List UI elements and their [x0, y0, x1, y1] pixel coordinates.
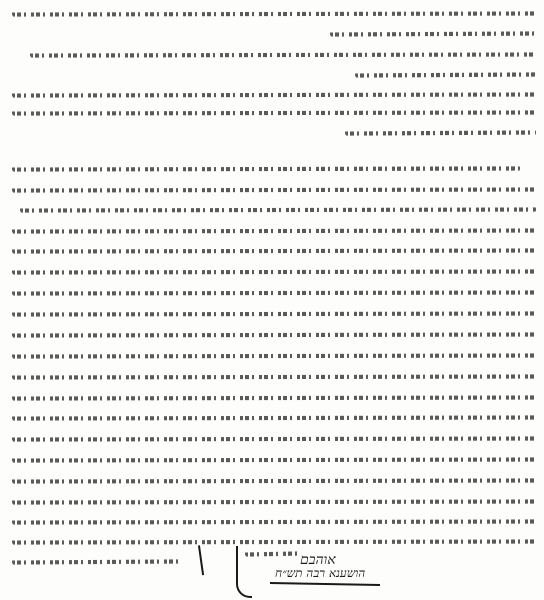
signature-flourish [236, 546, 252, 598]
letter-page: [illegible handwriting][illegible handwr… [0, 0, 544, 600]
handwritten-line: [illegible handwriting] [330, 28, 536, 39]
ink-stroke [12, 109, 536, 116]
ink-stroke [12, 498, 536, 505]
handwritten-line: [illegible handwriting] [12, 8, 536, 19]
line-text: [illegible handwriting] [535, 69, 536, 70]
line-text: [illegible handwriting] [535, 89, 536, 90]
ink-stroke [12, 310, 536, 317]
ink-stroke [12, 186, 536, 193]
ink-stroke [12, 538, 536, 545]
ink-stroke [12, 373, 536, 380]
handwritten-line: [illegible handwriting] [20, 204, 536, 215]
handwritten-line: [illegible handwriting] [12, 89, 536, 100]
ink-stroke [20, 206, 536, 213]
line-text: [illegible handwriting] [535, 204, 536, 205]
line-text: [illegible handwriting] [535, 8, 536, 9]
ink-stroke [12, 456, 536, 463]
handwritten-line: [illegible handwriting] [12, 163, 520, 174]
handwritten-line: [illegible handwriting] [12, 184, 536, 195]
ink-stroke [345, 129, 536, 136]
ink-stroke [12, 414, 536, 421]
line-text: [illegible handwriting] [535, 454, 536, 455]
ink-stroke [330, 30, 536, 37]
line-text: [illegible handwriting] [535, 392, 536, 393]
handwritten-line: [illegible handwriting] [12, 433, 536, 444]
handwritten-line: [illegible handwriting] [12, 329, 536, 340]
ink-stroke [12, 268, 536, 275]
handwritten-line: [illegible handwriting] [12, 516, 536, 527]
ink-stroke [12, 477, 536, 484]
ink-stroke [12, 10, 536, 17]
line-text: [illegible handwriting] [535, 329, 536, 330]
line-text: [illegible handwriting] [535, 496, 536, 497]
line-text: [illegible handwriting] [535, 536, 536, 537]
ink-stroke [12, 435, 536, 442]
handwritten-line: [illegible handwriting] [12, 454, 536, 465]
handwritten-line: [illegible handwriting] [355, 69, 536, 80]
handwritten-line: [illegible handwriting] [12, 266, 536, 277]
signature: [illegible signature] [245, 548, 299, 555]
handwritten-line: [illegible handwriting] [12, 308, 536, 319]
ink-stroke [30, 51, 536, 58]
line-text: [illegible handwriting] [179, 556, 180, 557]
handwritten-line: [illegible handwriting] [12, 371, 536, 382]
ink-stroke [12, 247, 536, 254]
handwritten-line: [illegible handwriting] [12, 556, 180, 567]
line-text: [illegible handwriting] [519, 163, 520, 164]
handwritten-line: [illegible handwriting] [12, 245, 536, 256]
signature-flourish [198, 545, 208, 576]
line-text: [illegible handwriting] [535, 107, 536, 108]
handwritten-line: [illegible handwriting] [12, 536, 536, 547]
ink-stroke [12, 518, 536, 525]
ink-stroke [12, 227, 536, 234]
line-text: [illegible handwriting] [535, 184, 536, 185]
handwritten-line: [illegible handwriting] [12, 475, 536, 486]
line-text: [illegible handwriting] [535, 245, 536, 246]
handwritten-line: [illegible handwriting] [30, 49, 536, 60]
line-text: [illegible handwriting] [535, 49, 536, 50]
line-text: [illegible handwriting] [535, 350, 536, 351]
handwritten-line: [illegible handwriting] [12, 392, 536, 403]
ink-stroke [12, 331, 536, 338]
signature-ink [245, 550, 299, 557]
handwritten-line: [illegible handwriting] [12, 350, 536, 361]
handwritten-line: [illegible handwriting] [12, 225, 536, 236]
handwritten-line: [illegible handwriting] [12, 107, 536, 118]
ink-stroke [12, 558, 180, 565]
date-line: הושענא רבה תש״ח [275, 566, 365, 581]
line-text: [illegible handwriting] [535, 475, 536, 476]
handwritten-line: [illegible handwriting] [12, 287, 536, 298]
ink-stroke [355, 71, 536, 78]
line-text: [illegible handwriting] [535, 266, 536, 267]
ink-stroke [12, 91, 536, 98]
line-text: [illegible handwriting] [535, 371, 536, 372]
line-text: [illegible handwriting] [535, 516, 536, 517]
ink-stroke [12, 165, 520, 172]
ink-stroke [12, 289, 536, 296]
line-text: [illegible handwriting] [535, 412, 536, 413]
handwritten-line: [illegible handwriting] [12, 412, 536, 423]
line-text: [illegible handwriting] [535, 28, 536, 29]
line-text: [illegible handwriting] [535, 287, 536, 288]
line-text: [illegible handwriting] [535, 308, 536, 309]
handwritten-line: [illegible handwriting] [345, 127, 536, 138]
signature-underline [270, 582, 380, 586]
ink-stroke [12, 352, 536, 359]
handwritten-line: [illegible handwriting] [12, 496, 536, 507]
line-text: [illegible handwriting] [535, 225, 536, 226]
line-text: [illegible handwriting] [535, 433, 536, 434]
line-text: [illegible handwriting] [535, 127, 536, 128]
ink-stroke [12, 394, 536, 401]
